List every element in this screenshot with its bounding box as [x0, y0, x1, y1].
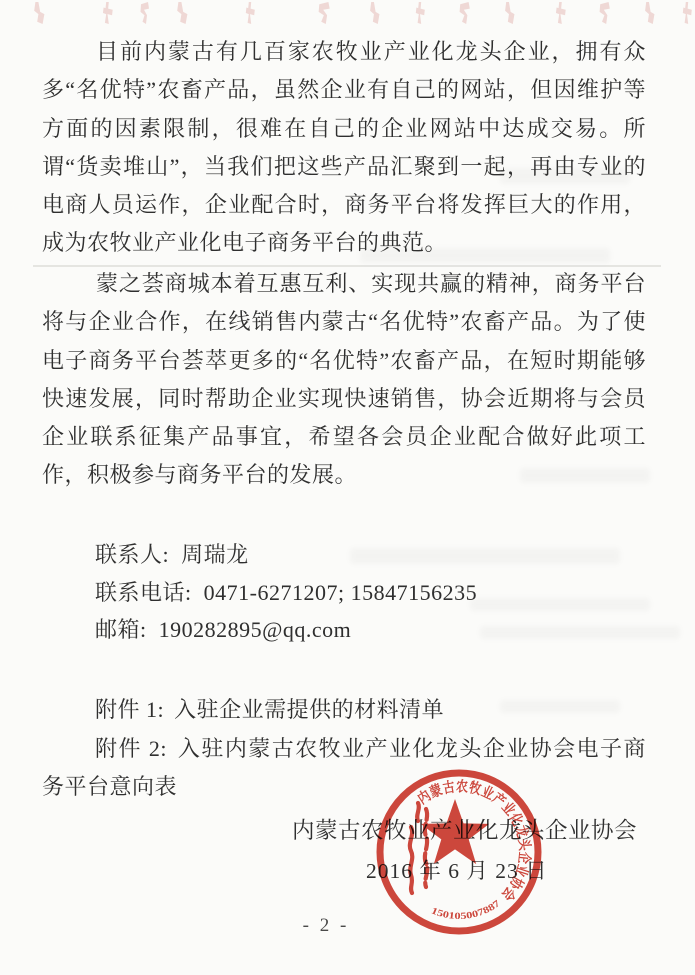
red-letterhead-fragment	[369, 2, 380, 24]
red-letterhead-fragment	[244, 2, 256, 24]
contact-email-label: 邮箱:	[95, 617, 147, 642]
attachment-2-label: 附件 2:	[95, 736, 167, 761]
paragraph-2: 蒙之荟商城本着互惠互利、实现共赢的精神，商务平台将与企业合作，在线销售内蒙古“名…	[42, 265, 646, 495]
attachment-1-label: 附件 1:	[95, 697, 164, 722]
red-letterhead-fragment	[318, 2, 331, 24]
red-letterhead-fragment	[176, 2, 188, 24]
red-letterhead-fragment	[599, 2, 611, 24]
seal-star-icon	[421, 799, 489, 864]
contact-person-line: 联系人:周瑞龙	[42, 536, 646, 574]
red-letterhead-fragment	[101, 2, 114, 24]
seal-mongolian-script	[410, 803, 427, 893]
attachment-1: 附件 1:入驻企业需提供的材料清单	[42, 691, 646, 730]
red-letterhead-fragment	[681, 2, 693, 24]
contact-email-value: 190282895@qq.com	[159, 617, 352, 642]
red-letterhead-fragment	[504, 2, 515, 24]
red-letterhead-fragment	[644, 2, 655, 24]
red-letterhead-fragment	[140, 2, 150, 24]
red-letterhead-fragment	[414, 2, 426, 24]
red-letterhead-fragment	[459, 2, 471, 24]
contact-phone-label: 联系电话:	[95, 580, 192, 605]
contact-block: 联系人:周瑞龙 联系电话:0471-6271207; 15847156235 邮…	[42, 536, 646, 649]
official-seal: 内蒙古农牧业产业化龙头企业协会 1501050078879	[354, 747, 564, 957]
contact-person-value: 周瑞龙	[181, 542, 249, 567]
attachment-1-text: 入驻企业需提供的材料清单	[174, 697, 444, 722]
red-letterhead-fragment	[33, 2, 45, 24]
contact-phone-value: 0471-6271207; 15847156235	[204, 580, 477, 605]
contact-person-label: 联系人:	[95, 542, 169, 567]
paragraph-1: 目前内蒙古有几百家农牧业产业化龙头企业，拥有众多“名优特”农畜产品，虽然企业有自…	[42, 33, 646, 263]
contact-email-line: 邮箱:190282895@qq.com	[42, 611, 646, 649]
red-letterhead-fragment	[554, 2, 567, 24]
scanned-document-page: 目前内蒙古有几百家农牧业产业化龙头企业，拥有众多“名优特”农畜产品，虽然企业有自…	[0, 0, 695, 975]
contact-phone-line: 联系电话:0471-6271207; 15847156235	[42, 574, 646, 612]
